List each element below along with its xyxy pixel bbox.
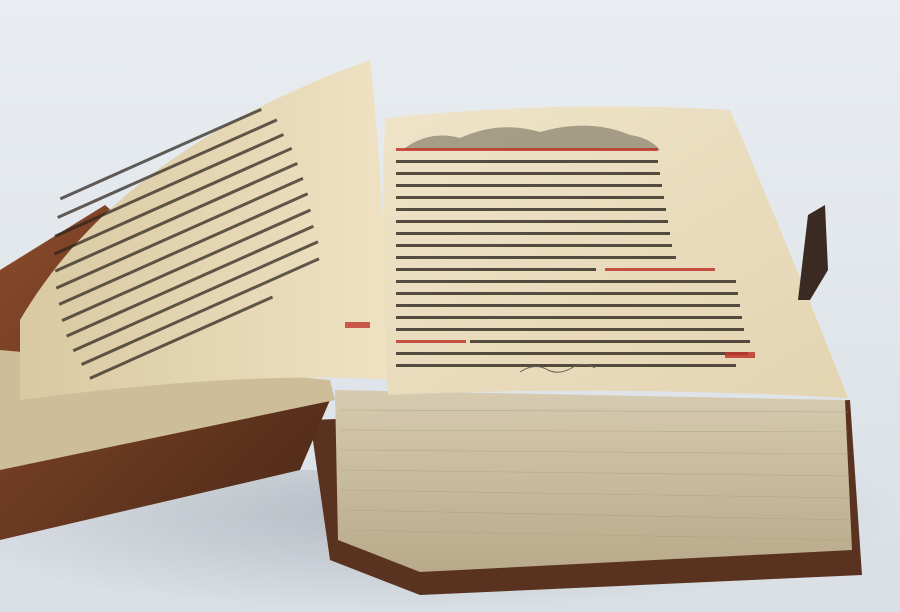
photo-scene: Сла́ва и҆ ны́нѣ, гла́съ ѕ҃. bbox=[0, 0, 900, 612]
clasp bbox=[798, 205, 828, 300]
left-margin-rubric bbox=[345, 322, 370, 328]
page-block-edges bbox=[335, 390, 852, 572]
book-illustration bbox=[0, 0, 900, 612]
